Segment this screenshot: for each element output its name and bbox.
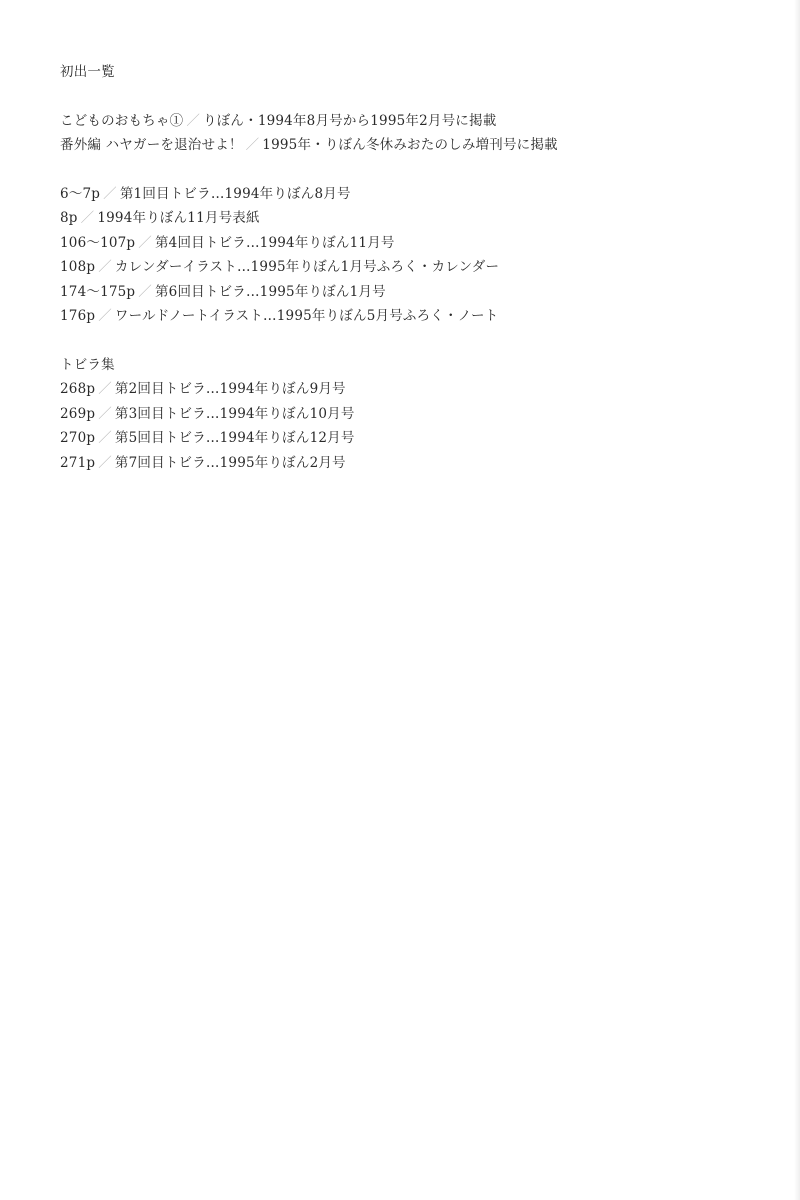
list-item: 268p／第2回目トビラ…1994年りぼん9月号 bbox=[60, 377, 760, 402]
tobira-section: トビラ集 268p／第2回目トビラ…1994年りぼん9月号 269p／第3回目ト… bbox=[60, 353, 760, 476]
serialization-list: こどものおもちゃ①／りぼん・1994年8月号から1995年2月号に掲載 番外編 … bbox=[60, 109, 760, 158]
separator: ／ bbox=[98, 308, 112, 324]
separator: ／ bbox=[98, 381, 112, 397]
illustration-list: 6〜7p／第1回目トビラ…1994年りぼん8月号 8p／1994年りぼん11月号… bbox=[60, 182, 760, 329]
section-heading: トビラ集 bbox=[60, 353, 760, 378]
separator: ／ bbox=[98, 430, 112, 446]
item-detail: ワールドノートイラスト…1995年りぼん5月号ふろく・ノート bbox=[115, 308, 498, 324]
item-detail: 1994年りぼん11月号表紙 bbox=[97, 210, 259, 226]
list-item: 174〜175p／第6回目トビラ…1995年りぼん1月号 bbox=[60, 280, 760, 305]
page-number: 271p bbox=[60, 455, 95, 471]
work-title: こどものおもちゃ① bbox=[60, 113, 183, 129]
list-item: 176p／ワールドノートイラスト…1995年りぼん5月号ふろく・ノート bbox=[60, 304, 760, 329]
work-detail: りぼん・1994年8月号から1995年2月号に掲載 bbox=[203, 113, 496, 129]
item-detail: 第4回目トビラ…1994年りぼん11月号 bbox=[155, 235, 395, 251]
list-item: 271p／第7回目トビラ…1995年りぼん2月号 bbox=[60, 451, 760, 476]
page-edge-shadow bbox=[794, 0, 800, 1200]
list-item: こどものおもちゃ①／りぼん・1994年8月号から1995年2月号に掲載 bbox=[60, 109, 760, 134]
work-title: 番外編 ハヤガーを退治せよ！ bbox=[60, 137, 243, 153]
page-number: 268p bbox=[60, 381, 95, 397]
page-number: 8p bbox=[60, 210, 78, 226]
item-detail: 第1回目トビラ…1994年りぼん8月号 bbox=[120, 186, 351, 202]
list-item: 8p／1994年りぼん11月号表紙 bbox=[60, 206, 760, 231]
separator: ／ bbox=[186, 113, 200, 129]
separator: ／ bbox=[98, 455, 112, 471]
item-detail: 第7回目トビラ…1995年りぼん2月号 bbox=[115, 455, 346, 471]
separator: ／ bbox=[138, 235, 152, 251]
item-detail: カレンダーイラスト…1995年りぼん1月号ふろく・カレンダー bbox=[115, 259, 499, 275]
item-detail: 第2回目トビラ…1994年りぼん9月号 bbox=[115, 381, 346, 397]
page-title: 初出一覧 bbox=[60, 60, 760, 85]
list-item: 270p／第5回目トビラ…1994年りぼん12月号 bbox=[60, 426, 760, 451]
work-detail: 1995年・りぼん冬休みおたのしみ増刊号に掲載 bbox=[262, 137, 557, 153]
separator: ／ bbox=[98, 259, 112, 275]
page-number: 269p bbox=[60, 406, 95, 422]
item-detail: 第6回目トビラ…1995年りぼん1月号 bbox=[155, 284, 386, 300]
page-number: 106〜107p bbox=[60, 235, 135, 251]
list-item: 108p／カレンダーイラスト…1995年りぼん1月号ふろく・カレンダー bbox=[60, 255, 760, 280]
page-number: 176p bbox=[60, 308, 95, 324]
item-detail: 第5回目トビラ…1994年りぼん12月号 bbox=[115, 430, 355, 446]
spacer bbox=[60, 329, 760, 353]
separator: ／ bbox=[98, 406, 112, 422]
page-number: 270p bbox=[60, 430, 95, 446]
first-appearance-list: 初出一覧 こどものおもちゃ①／りぼん・1994年8月号から1995年2月号に掲載… bbox=[60, 60, 760, 475]
item-detail: 第3回目トビラ…1994年りぼん10月号 bbox=[115, 406, 355, 422]
separator: ／ bbox=[103, 186, 117, 202]
spacer bbox=[60, 158, 760, 182]
list-item: 269p／第3回目トビラ…1994年りぼん10月号 bbox=[60, 402, 760, 427]
list-item: 番外編 ハヤガーを退治せよ！／1995年・りぼん冬休みおたのしみ増刊号に掲載 bbox=[60, 133, 760, 158]
separator: ／ bbox=[81, 210, 95, 226]
list-item: 6〜7p／第1回目トビラ…1994年りぼん8月号 bbox=[60, 182, 760, 207]
separator: ／ bbox=[246, 137, 260, 153]
page-number: 108p bbox=[60, 259, 95, 275]
separator: ／ bbox=[138, 284, 152, 300]
page-number: 174〜175p bbox=[60, 284, 135, 300]
list-item: 106〜107p／第4回目トビラ…1994年りぼん11月号 bbox=[60, 231, 760, 256]
page-number: 6〜7p bbox=[60, 186, 100, 202]
